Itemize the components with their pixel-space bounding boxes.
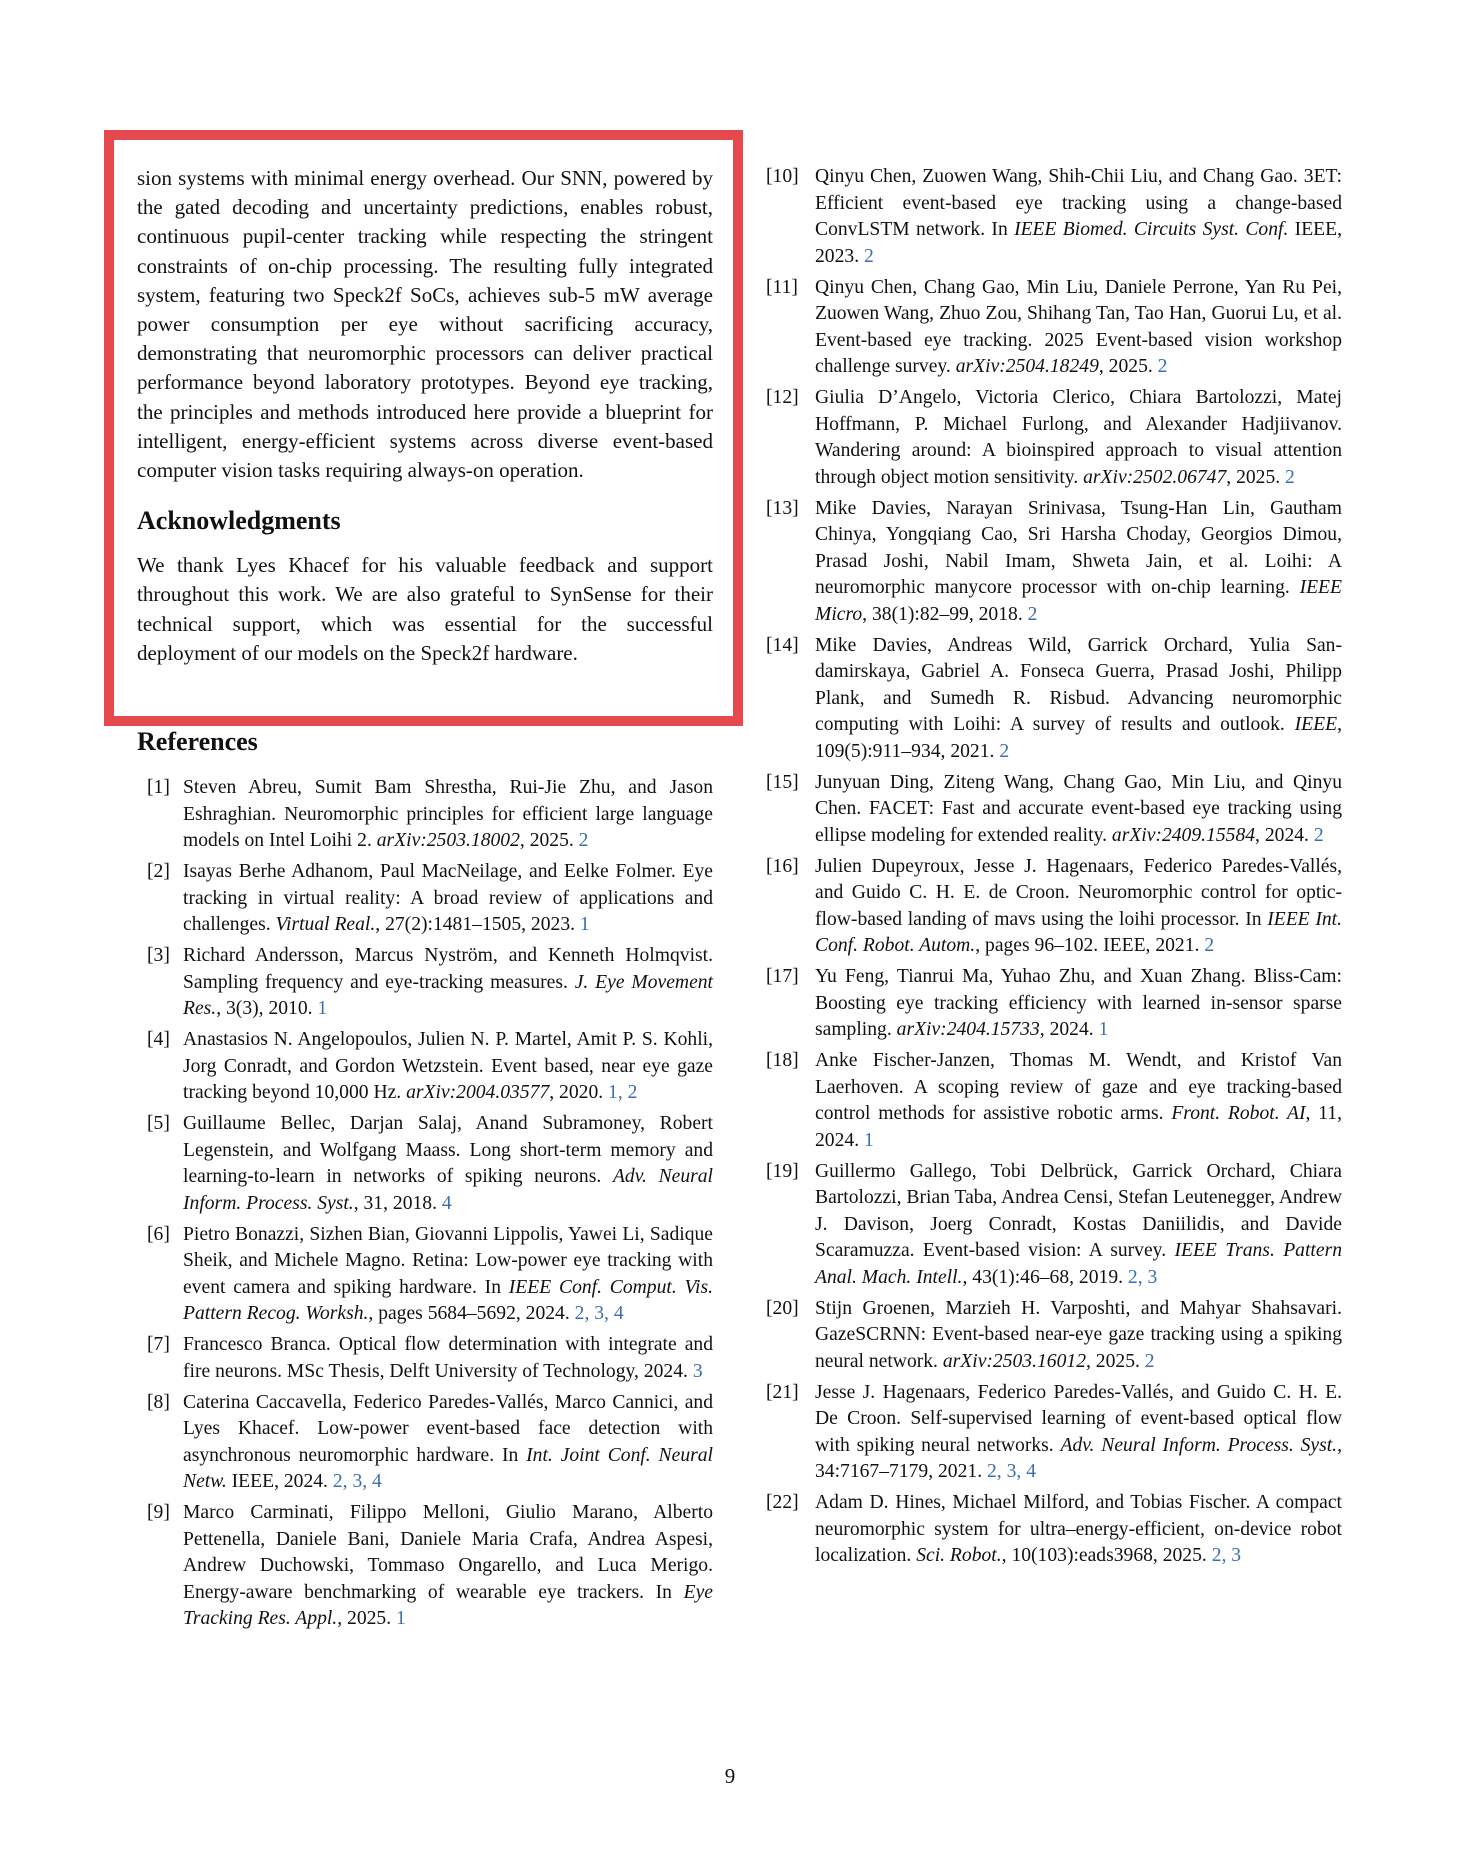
reference-number: [19] — [766, 1159, 799, 1186]
reference-item: [11] Qinyu Chen, Chang Gao, Min Liu, Dan… — [766, 275, 1342, 381]
backref-links[interactable]: 2, 3, 4 — [575, 1303, 624, 1324]
reference-venue: Adv. Neural Inform. Process. Syst. — [1061, 1435, 1338, 1456]
page-number: 9 — [0, 1764, 1460, 1789]
reference-text: Mike Davies, Andreas Wild, Garrick Orcha… — [815, 635, 1342, 736]
reference-details: , 2025. — [337, 1608, 396, 1629]
acknowledgments-heading: Acknowledgments — [137, 505, 713, 537]
reference-item: [7] Francesco Branca. Optical flow deter… — [137, 1332, 713, 1385]
reference-details: , 2024. — [1040, 1019, 1099, 1040]
reference-item: [16] Julien Dupeyroux, Jesse J. Hagenaar… — [766, 854, 1342, 960]
reference-details: , 2025. — [1099, 356, 1158, 377]
reference-text: Marco Carminati, Filippo Melloni, Giulio… — [183, 1502, 713, 1603]
reference-item: [2] Isayas Berhe Adhanom, Paul MacNeilag… — [137, 859, 713, 939]
reference-number: [4] — [147, 1027, 170, 1054]
reference-number: [13] — [766, 496, 799, 523]
reference-number: [6] — [147, 1222, 170, 1249]
references-list-right: [10] Qinyu Chen, Zuowen Wang, Shih-Chii … — [766, 164, 1342, 1574]
reference-number: [2] — [147, 859, 170, 886]
backref-links[interactable]: 2 — [1204, 935, 1214, 956]
reference-number: [16] — [766, 854, 799, 881]
reference-details: , 2020. — [549, 1082, 608, 1103]
reference-item: [17] Yu Feng, Tianrui Ma, Yuhao Zhu, and… — [766, 964, 1342, 1044]
reference-item: [5] Guillaume Bellec, Darjan Salaj, Anan… — [137, 1111, 713, 1217]
reference-venue: arXiv:2409.15584 — [1112, 825, 1255, 846]
reference-item: [19] Guillermo Gallego, Tobi Delbrück, G… — [766, 1159, 1342, 1292]
reference-details: , 2025. — [1226, 467, 1285, 488]
reference-number: [11] — [766, 275, 798, 302]
backref-links[interactable]: 2, 3, 4 — [987, 1461, 1036, 1482]
reference-item: [9] Marco Carminati, Filippo Melloni, Gi… — [137, 1500, 713, 1633]
reference-venue: arXiv:2504.18249 — [956, 356, 1099, 377]
backref-links[interactable]: 2 — [999, 741, 1009, 762]
reference-details: , 2024. — [1255, 825, 1314, 846]
reference-item: [15] Junyuan Ding, Ziteng Wang, Chang Ga… — [766, 770, 1342, 850]
reference-item: [6] Pietro Bonazzi, Sizhen Bian, Giovann… — [137, 1222, 713, 1328]
reference-number: [22] — [766, 1490, 799, 1517]
reference-item: [1] Steven Abreu, Sumit Bam Shrestha, Ru… — [137, 775, 713, 855]
reference-venue: IEEE Biomed. Circuits Syst. Conf. — [1014, 219, 1288, 240]
reference-details: , 3(3), 2010. — [216, 998, 317, 1019]
reference-number: [17] — [766, 964, 799, 991]
reference-details: IEEE, 2024. — [227, 1471, 333, 1492]
reference-number: [20] — [766, 1296, 799, 1323]
reference-venue: arXiv:2503.18002 — [377, 830, 520, 851]
reference-details: , pages 5684–5692, 2024. — [368, 1303, 574, 1324]
reference-details: , 2025. — [520, 830, 579, 851]
backref-links[interactable]: 4 — [442, 1193, 452, 1214]
reference-venue: Front. Robot. AI — [1171, 1103, 1305, 1124]
reference-venue: arXiv:2004.03577 — [406, 1082, 549, 1103]
reference-number: [14] — [766, 633, 799, 660]
reference-details: , 38(1):82–99, 2018. — [862, 604, 1027, 625]
reference-number: [18] — [766, 1048, 799, 1075]
reference-number: [9] — [147, 1500, 170, 1527]
reference-venue: Virtual Real. — [276, 914, 376, 935]
backref-links[interactable]: 2 — [1158, 356, 1168, 377]
backref-links[interactable]: 1 — [580, 914, 590, 935]
backref-links[interactable]: 2 — [579, 830, 589, 851]
backref-links[interactable]: 2 — [1028, 604, 1038, 625]
backref-links[interactable]: 2 — [1145, 1351, 1155, 1372]
backref-links[interactable]: 2, 3, 4 — [333, 1471, 382, 1492]
reference-venue: IEEE — [1295, 714, 1337, 735]
reference-item: [3] Richard Andersson, Marcus Nyström, a… — [137, 943, 713, 1023]
reference-text: Julien Dupeyroux, Jesse J. Hagenaars, Fe… — [815, 856, 1342, 930]
reference-details: , 10(103):eads3968, 2025. — [1002, 1545, 1212, 1566]
backref-links[interactable]: 2 — [1314, 825, 1324, 846]
reference-number: [3] — [147, 943, 170, 970]
reference-item: [12] Giulia D’Angelo, Victoria Clerico, … — [766, 385, 1342, 491]
reference-details: , 2025. — [1086, 1351, 1145, 1372]
backref-links[interactable]: 2 — [864, 246, 874, 267]
backref-links[interactable]: 1 — [1099, 1019, 1109, 1040]
references-heading: References — [137, 726, 258, 758]
reference-number: [10] — [766, 164, 799, 191]
reference-item: [21] Jesse J. Hagenaars, Federico Parede… — [766, 1380, 1342, 1486]
backref-links[interactable]: 2, 3 — [1128, 1267, 1157, 1288]
reference-item: [18] Anke Fischer-Janzen, Thomas M. Wend… — [766, 1048, 1342, 1154]
reference-details: , 27(2):1481–1505, 2023. — [375, 914, 580, 935]
references-list-left: [1] Steven Abreu, Sumit Bam Shrestha, Ru… — [137, 775, 713, 1637]
reference-number: [5] — [147, 1111, 170, 1138]
reference-venue: arXiv:2404.15733 — [897, 1019, 1040, 1040]
reference-item: [20] Stijn Groenen, Marzieh H. Varposhti… — [766, 1296, 1342, 1376]
reference-number: [21] — [766, 1380, 799, 1407]
reference-number: [8] — [147, 1390, 170, 1417]
reference-details: , 31, 2018. — [354, 1193, 442, 1214]
reference-item: [13] Mike Davies, Narayan Srinivasa, Tsu… — [766, 496, 1342, 629]
backref-links[interactable]: 1 — [317, 998, 327, 1019]
backref-links[interactable]: 1 — [864, 1130, 874, 1151]
reference-item: [22] Adam D. Hines, Michael Milford, and… — [766, 1490, 1342, 1570]
backref-links[interactable]: 1, 2 — [608, 1082, 637, 1103]
left-column-text: sion systems with minimal energy overhea… — [137, 164, 713, 668]
backref-links[interactable]: 2, 3 — [1212, 1545, 1241, 1566]
backref-links[interactable]: 1 — [396, 1608, 406, 1629]
reference-item: [4] Anastasios N. Angelopoulos, Julien N… — [137, 1027, 713, 1107]
reference-item: [10] Qinyu Chen, Zuowen Wang, Shih-Chii … — [766, 164, 1342, 270]
acknowledgments-paragraph: We thank Lyes Khacef for his valuable fe… — [137, 551, 713, 668]
reference-item: [8] Caterina Caccavella, Federico Parede… — [137, 1390, 713, 1496]
reference-text: Mike Davies, Narayan Srinivasa, Tsung-Ha… — [815, 498, 1342, 599]
reference-item: [14] Mike Davies, Andreas Wild, Garrick … — [766, 633, 1342, 766]
reference-text: Francesco Branca. Optical flow determina… — [183, 1334, 713, 1382]
conclusion-paragraph: sion systems with minimal energy overhea… — [137, 164, 713, 485]
reference-details: , 43(1):46–68, 2019. — [962, 1267, 1127, 1288]
backref-links[interactable]: 2 — [1285, 467, 1295, 488]
reference-venue: arXiv:2503.16012 — [943, 1351, 1086, 1372]
backref-links[interactable]: 3 — [693, 1361, 703, 1382]
reference-venue: arXiv:2502.06747 — [1083, 467, 1226, 488]
reference-number: [12] — [766, 385, 799, 412]
reference-number: [7] — [147, 1332, 170, 1359]
reference-details: , pages 96–102. IEEE, 2021. — [975, 935, 1204, 956]
reference-number: [1] — [147, 775, 170, 802]
reference-number: [15] — [766, 770, 799, 797]
reference-venue: Sci. Robot. — [916, 1545, 1001, 1566]
